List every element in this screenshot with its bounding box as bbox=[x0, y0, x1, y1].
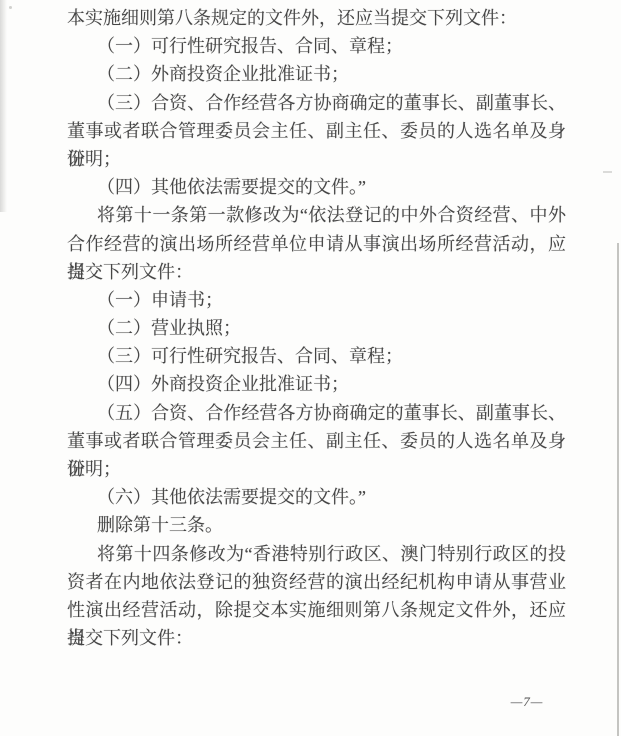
text-line: （二）营业执照； bbox=[67, 314, 566, 342]
scan-artifact-left-edge bbox=[0, 0, 7, 212]
text-line: （一）申请书； bbox=[67, 286, 566, 314]
text-line: 提交下列文件： bbox=[67, 258, 566, 286]
text-line: （五）合资、合作经营各方协商确定的董事长、副董事长、 bbox=[67, 399, 566, 427]
text-line: （四）其他依法需要提交的文件。” bbox=[67, 173, 566, 201]
text-line: （二）外商投资企业批准证书； bbox=[67, 60, 566, 88]
document-page: 本实施细则第八条规定的文件外，还应当提交下列文件：（一）可行性研究报告、合同、章… bbox=[0, 0, 621, 736]
text-line: 合作经营的演出场所经营单位申请从事演出场所经营活动，应当 bbox=[67, 230, 566, 258]
text-line: 提交下列文件： bbox=[67, 624, 566, 652]
document-body: 本实施细则第八条规定的文件外，还应当提交下列文件：（一）可行性研究报告、合同、章… bbox=[67, 4, 566, 652]
text-line: （三）合资、合作经营各方协商确定的董事长、副董事长、 bbox=[67, 89, 566, 117]
scan-artifact-speck-top bbox=[9, 6, 12, 9]
text-line: （六）其他依法需要提交的文件。” bbox=[67, 483, 566, 511]
text-line: 删除第十三条。 bbox=[67, 511, 566, 539]
page-number: —7— bbox=[504, 694, 550, 710]
text-line: 将第十四条修改为“香港特别行政区、澳门特别行政区的投 bbox=[67, 540, 566, 568]
text-line: 本实施细则第八条规定的文件外，还应当提交下列文件： bbox=[67, 4, 566, 32]
scan-artifact-right-edge bbox=[617, 243, 619, 736]
text-line: 证明； bbox=[67, 455, 566, 483]
text-line: 资者在内地依法登记的独资经营的演出经纪机构申请从事营业 bbox=[67, 568, 566, 596]
text-line: （一）可行性研究报告、合同、章程； bbox=[67, 32, 566, 60]
text-line: 董事或者联合管理委员会主任、副主任、委员的人选名单及身份 bbox=[67, 117, 566, 145]
text-line: 证明； bbox=[67, 145, 566, 173]
text-line: （三）可行性研究报告、合同、章程； bbox=[67, 342, 566, 370]
scan-artifact-speck-right bbox=[603, 171, 612, 173]
text-line: 性演出经营活动，除提交本实施细则第八条规定文件外，还应当 bbox=[67, 596, 566, 624]
text-line: （四）外商投资企业批准证书； bbox=[67, 370, 566, 398]
text-line: 董事或者联合管理委员会主任、副主任、委员的人选名单及身份 bbox=[67, 427, 566, 455]
text-line: 将第十一条第一款修改为“依法登记的中外合资经营、中外 bbox=[67, 201, 566, 229]
